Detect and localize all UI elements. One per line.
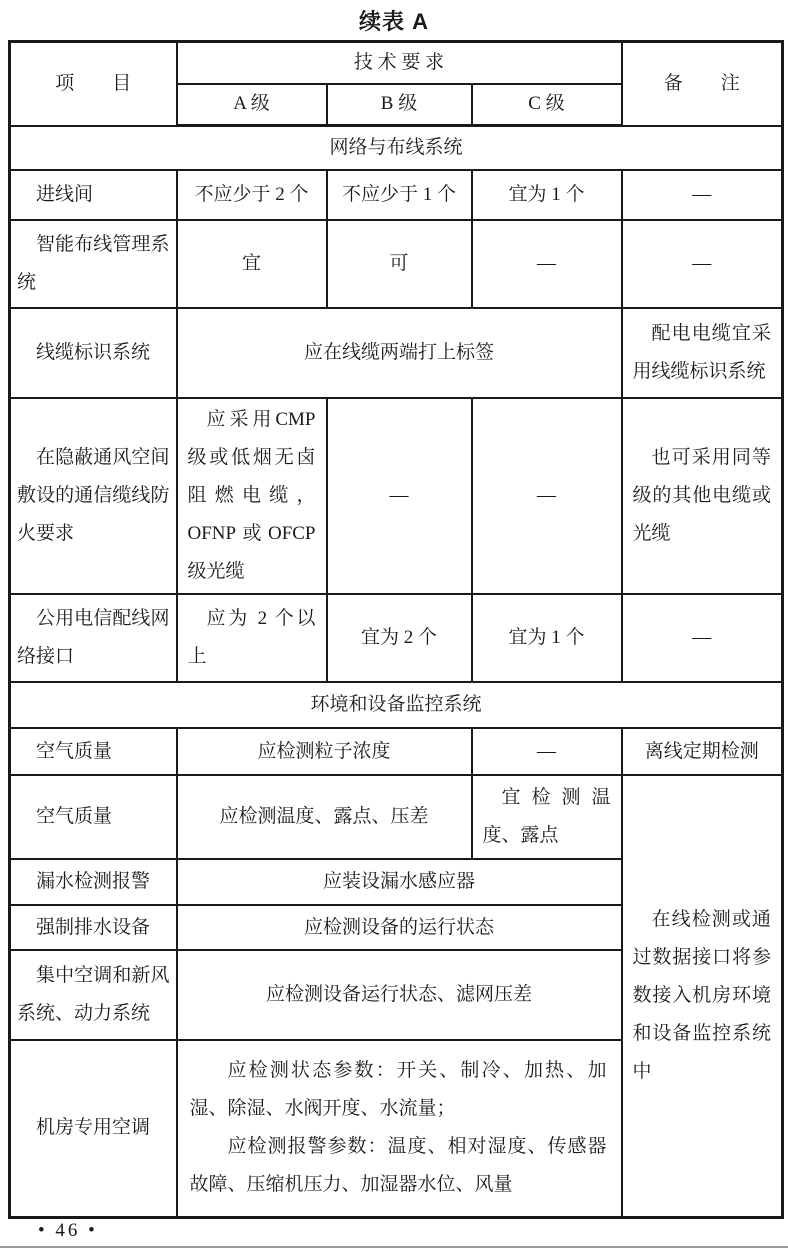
table-row: 进线间 不应少于 2 个 不应少于 1 个 宜为 1 个 — [10, 170, 783, 220]
cell-r4-remark: 也可采用同等级的其他电缆或光缆 [622, 398, 783, 594]
cell-r4-grade-b: — [327, 398, 472, 594]
header-item: 项 目 [10, 42, 177, 126]
table-row: 空气质量 应检测温度、露点、压差 宜检测温度、露点 在线检测或通过数据接口将参数… [10, 775, 783, 859]
cell-r2-grade-a: 宜 [177, 220, 327, 308]
cell-r9-requirement: 应检测设备的运行状态 [177, 905, 622, 950]
cell-r4-grade-c: — [472, 398, 622, 594]
table-row: 线缆标识系统 应在线缆两端打上标签 配电电缆宜采用线缆标识系统 [10, 308, 783, 398]
cell-r3-item: 线缆标识系统 [10, 308, 177, 398]
table-row: 空气质量 应检测粒子浓度 — 离线定期检测 [10, 728, 783, 775]
page-number: • 46 • [38, 1220, 98, 1242]
cell-r6-remark: 离线定期检测 [622, 728, 783, 775]
cell-r2-item: 智能布线管理系统 [10, 220, 177, 308]
cell-r1-item: 进线间 [10, 170, 177, 220]
cell-r7-requirement-ab: 应检测温度、露点、压差 [177, 775, 472, 859]
cell-r5-grade-a: 应为 2 个以上 [177, 594, 327, 682]
cell-r11-requirement: 应检测状态参数：开关、制冷、加热、加湿、除湿、水阀开度、水流量； 应检测报警参数… [177, 1040, 622, 1217]
cell-r8-requirement: 应装设漏水感应器 [177, 859, 622, 905]
cell-r2-grade-b: 可 [327, 220, 472, 308]
table-row: 公用电信配线网络接口 应为 2 个以上 宜为 2 个 宜为 1 个 — [10, 594, 783, 682]
section-network-cabling: 网络与布线系统 [10, 126, 783, 171]
header-grade-c: C 级 [472, 84, 622, 126]
cell-r10-item: 集中空调和新风系统、动力系统 [10, 950, 177, 1040]
cell-r10-requirement: 应检测设备运行状态、滤网压差 [177, 950, 622, 1040]
cell-r3-requirement: 应在线缆两端打上标签 [177, 308, 622, 398]
requirements-table: 项 目 技 术 要 求 备 注 A 级 B 级 C 级 网络与布线系统 进线间 … [8, 40, 784, 1219]
cell-r4-grade-a: 应采用CMP级或低烟无卤阻燃电缆，OFNP或OFCP级光缆 [177, 398, 327, 594]
table-row: 智能布线管理系统 宜 可 — — [10, 220, 783, 308]
cell-r5-remark: — [622, 594, 783, 682]
cell-merged-remark-online-monitoring: 在线检测或通过数据接口将参数接入机房环境和设备监控系统中 [622, 775, 783, 1217]
cell-r5-grade-b: 宜为 2 个 [327, 594, 472, 682]
section-env-monitoring: 环境和设备监控系统 [10, 682, 783, 728]
cell-r1-grade-b: 不应少于 1 个 [327, 170, 472, 220]
document-page: 续表 A 项 目 技 术 要 求 备 注 A 级 B 级 C 级 网络与布线系统… [0, 0, 788, 1249]
cell-r5-item: 公用电信配线网络接口 [10, 594, 177, 682]
r11-alarm-params: 应检测报警参数：温度、相对湿度、传感器故障、压缩机压力、加湿器水位、风量 [190, 1128, 607, 1204]
cell-r7-item: 空气质量 [10, 775, 177, 859]
cell-r5-grade-c: 宜为 1 个 [472, 594, 622, 682]
cell-r7-grade-c: 宜检测温度、露点 [472, 775, 622, 859]
header-tech-requirements: 技 术 要 求 [177, 42, 622, 84]
cell-r4-item: 在隐蔽通风空间敷设的通信缆线防火要求 [10, 398, 177, 594]
cell-r2-grade-c: — [472, 220, 622, 308]
header-remark: 备 注 [622, 42, 783, 126]
table-row: 在隐蔽通风空间敷设的通信缆线防火要求 应采用CMP级或低烟无卤阻燃电缆，OFNP… [10, 398, 783, 594]
page-title: 续表 A [0, 5, 788, 36]
cell-r1-remark: — [622, 170, 783, 220]
cell-r6-item: 空气质量 [10, 728, 177, 775]
cell-r3-remark: 配电电缆宜采用线缆标识系统 [622, 308, 783, 398]
header-grade-b: B 级 [327, 84, 472, 126]
cell-r11-item: 机房专用空调 [10, 1040, 177, 1217]
cell-r9-item: 强制排水设备 [10, 905, 177, 950]
cell-r6-grade-c: — [472, 728, 622, 775]
cell-r1-grade-a: 不应少于 2 个 [177, 170, 327, 220]
page-bottom-rule [0, 1246, 788, 1248]
cell-r6-requirement-ab: 应检测粒子浓度 [177, 728, 472, 775]
cell-r1-grade-c: 宜为 1 个 [472, 170, 622, 220]
cell-r2-remark: — [622, 220, 783, 308]
r11-status-params: 应检测状态参数：开关、制冷、加热、加湿、除湿、水阀开度、水流量； [190, 1052, 607, 1128]
header-grade-a: A 级 [177, 84, 327, 126]
cell-r8-item: 漏水检测报警 [10, 859, 177, 905]
